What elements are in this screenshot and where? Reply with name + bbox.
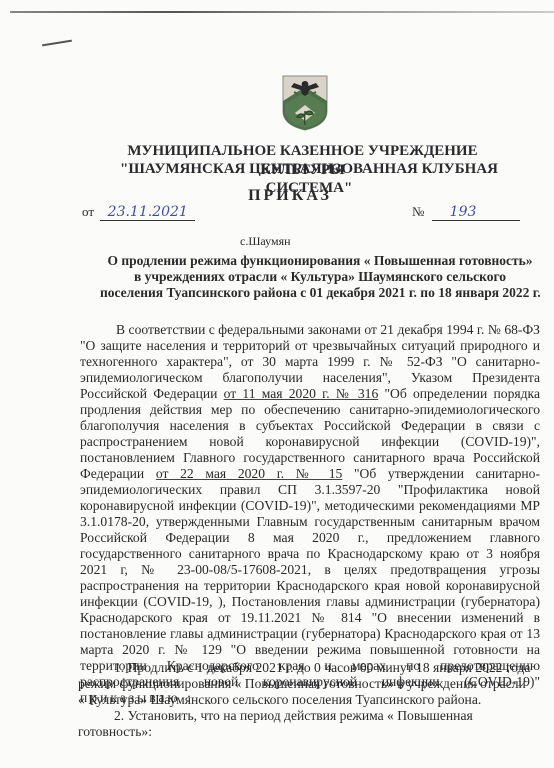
- resolution-reference-link[interactable]: от 22 мая 2020 г. № 15: [156, 466, 342, 481]
- preamble-text-c: "Об утверждении санитарно-эпидемиологиче…: [80, 466, 540, 689]
- order-number: № 193: [412, 204, 520, 221]
- date-prefix: от: [82, 204, 94, 219]
- subject-line2: в учреждениях отрасли « Культура» Шаумян…: [100, 269, 540, 285]
- item-1-line1: 1. Продлить с 1 декабря 2021 г. до 0 час…: [78, 660, 540, 676]
- order-items: 1. Продлить с 1 декабря 2021 г. до 0 час…: [78, 660, 540, 740]
- handwritten-date: 23.11.2021: [100, 204, 195, 221]
- scan-top-edge-line: [10, 11, 554, 13]
- preamble-paragraph: В соответствии с федеральными законами о…: [80, 322, 540, 706]
- order-date: от 23.11.2021: [82, 204, 195, 221]
- item-1-line2: режим функционирования « Повышенная гото…: [78, 676, 540, 692]
- document-type-title: ПРИКАЗ: [190, 187, 390, 205]
- handwritten-number: 193: [432, 204, 520, 221]
- item-2: 2. Установить, что на период действия ре…: [78, 708, 540, 740]
- decree-reference-link[interactable]: от 11 мая 2020 г. № 316: [224, 386, 379, 401]
- subject-line1: О продлении режима функционирования « По…: [100, 253, 540, 269]
- subject-line3: поселения Туапсинского района с 01 декаб…: [100, 285, 540, 301]
- order-subject: О продлении режима функционирования « По…: [100, 253, 540, 301]
- item-1-line3: « Культура» Шаумянского сельского поселе…: [78, 692, 540, 708]
- coat-of-arms-emblem: [282, 75, 328, 131]
- number-prefix: №: [412, 204, 424, 219]
- scan-pen-mark: [42, 40, 72, 47]
- place-of-issue: с.Шаумян: [240, 234, 291, 249]
